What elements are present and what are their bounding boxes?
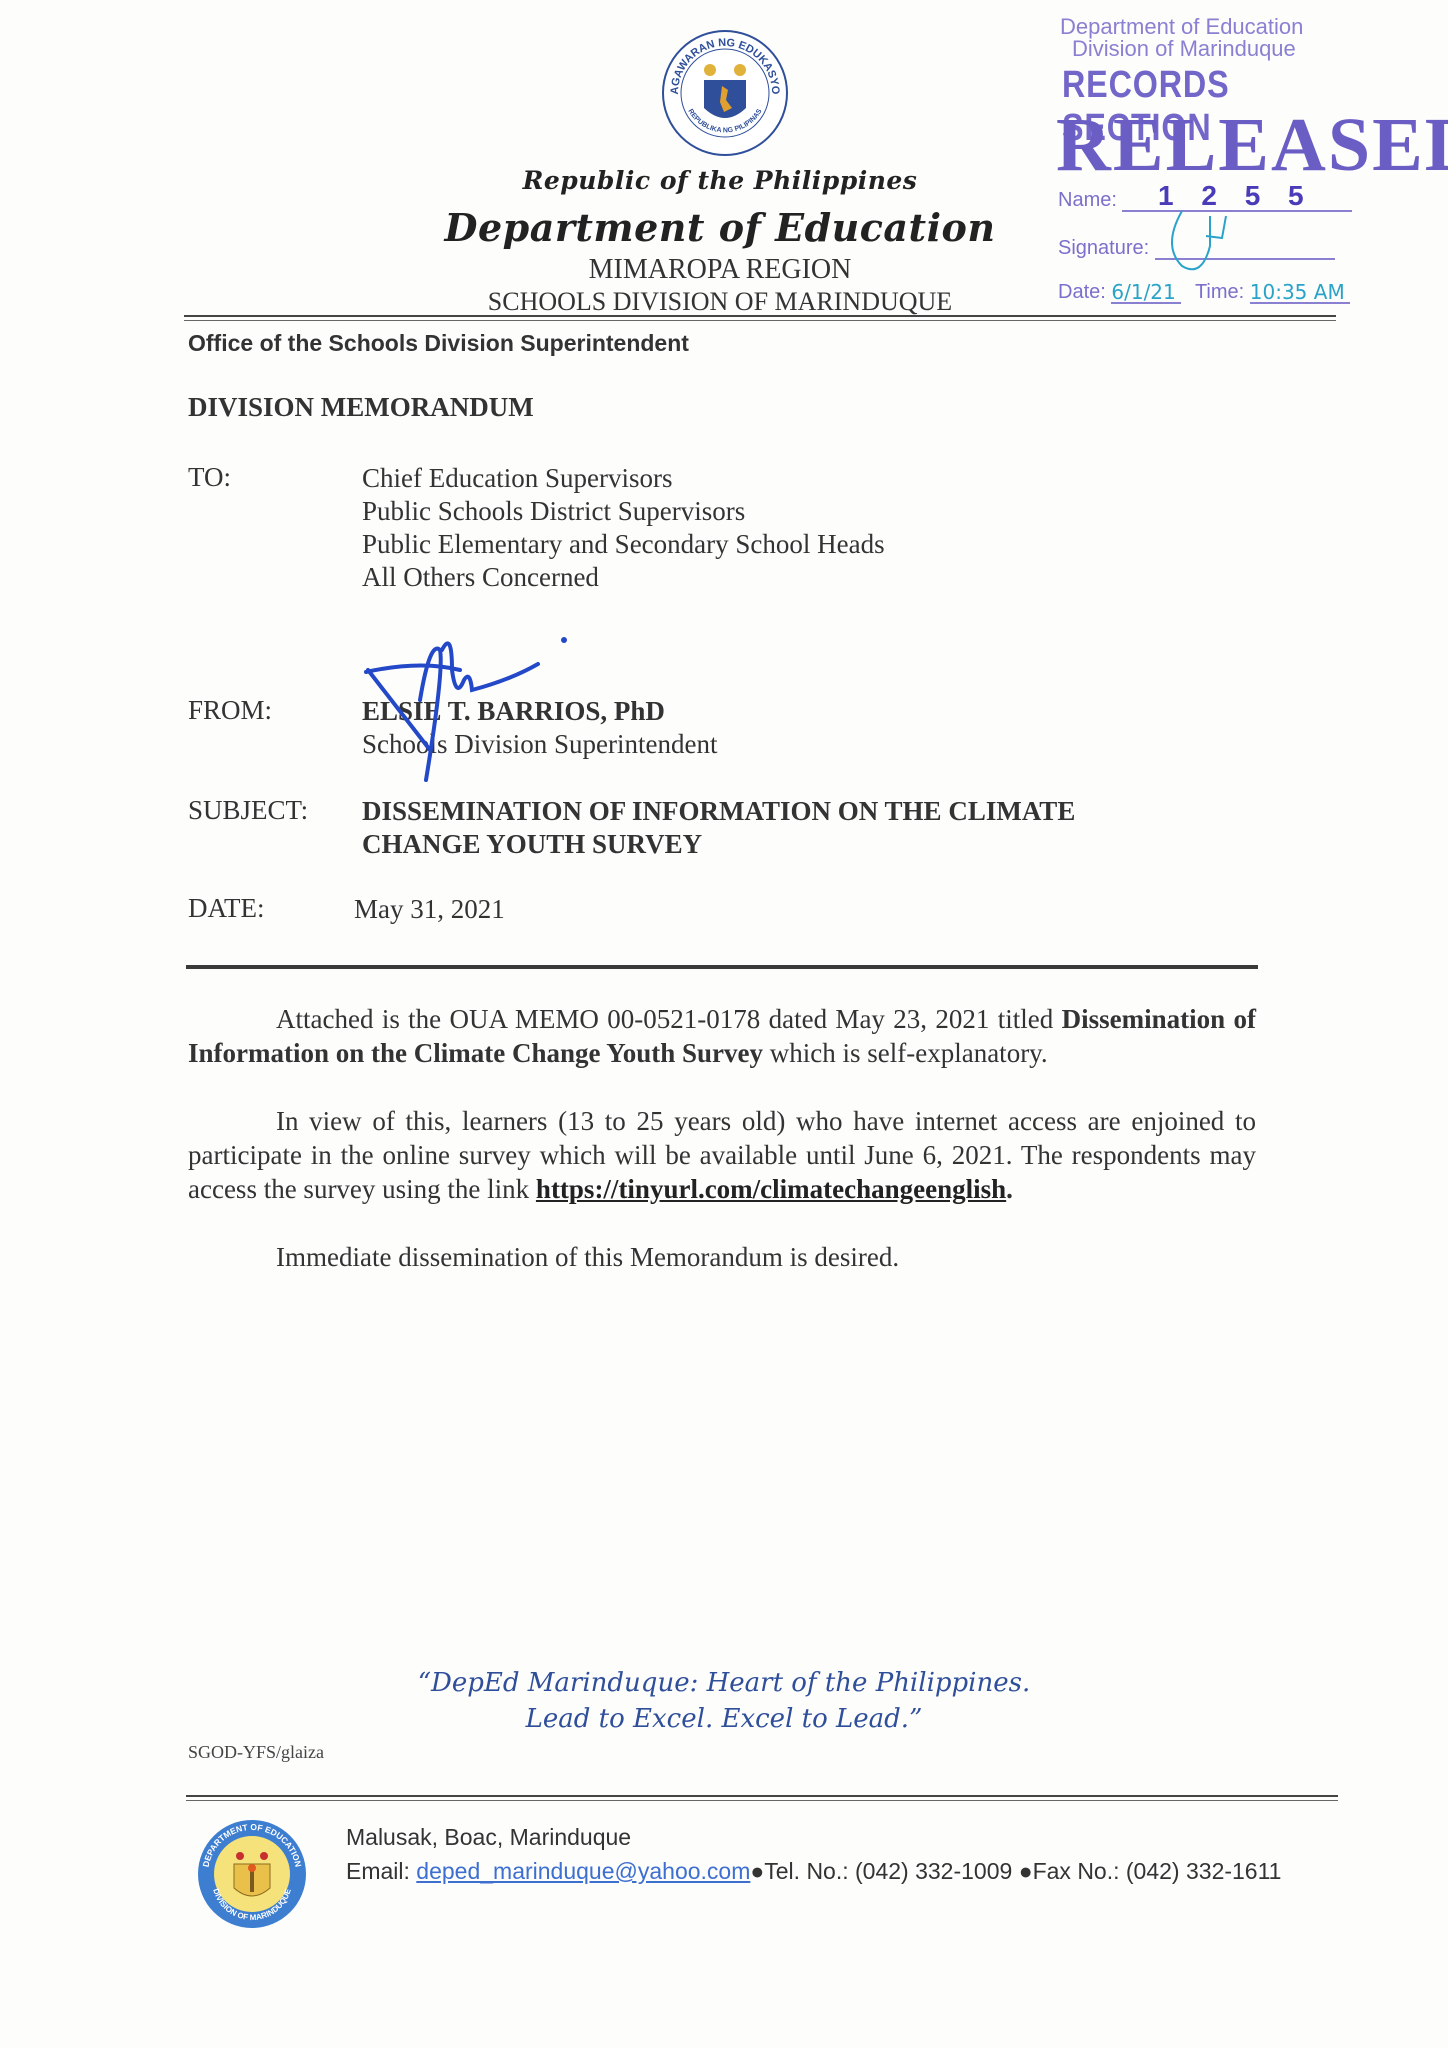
division-logo-icon: DEPARTMENT OF EDUCATION DIVISION OF MARI… bbox=[196, 1818, 308, 1930]
records-released-stamp: Department of Education Division of Mari… bbox=[1050, 10, 1370, 320]
deped-seal-icon: KAGAWARAN NG EDUKASYON REPUBLIKA NG PILI… bbox=[660, 28, 790, 158]
stamp-time-value: 10:35 AM bbox=[1250, 280, 1350, 304]
date-label: DATE: bbox=[188, 893, 265, 924]
body-paragraph-2: In view of this, learners (13 to 25 year… bbox=[188, 1104, 1256, 1206]
memo-title: DIVISION MEMORANDUM bbox=[188, 392, 534, 423]
from-label: FROM: bbox=[188, 695, 272, 726]
recipients-list: Chief Education Supervisors Public Schoo… bbox=[362, 462, 885, 594]
footer-address: Malusak, Boac, Marinduque bbox=[346, 1824, 631, 1851]
email-link[interactable]: deped_marinduque@yahoo.com bbox=[416, 1858, 750, 1884]
signature-icon bbox=[360, 630, 580, 790]
recipient: Chief Education Supervisors bbox=[362, 462, 885, 495]
recipient: All Others Concerned bbox=[362, 561, 885, 594]
department-heading: Department of Education bbox=[440, 205, 1000, 250]
recipient: Public Elementary and Secondary School H… bbox=[362, 528, 885, 561]
to-label: TO: bbox=[188, 462, 231, 493]
footer-divider bbox=[186, 1795, 1338, 1801]
fax: ●Fax No.: (042) 332-1611 bbox=[1019, 1858, 1282, 1884]
body-paragraph-1: Attached is the OUA MEMO 00-0521-0178 da… bbox=[188, 1002, 1256, 1070]
republic-heading: Republic of the Philippines bbox=[480, 166, 960, 195]
body-paragraph-3: Immediate dissemination of this Memorand… bbox=[188, 1240, 1256, 1274]
telephone: ●Tel. No.: (042) 332-1009 bbox=[750, 1858, 1018, 1884]
stamp-date-value: 6/1/21 bbox=[1111, 280, 1181, 304]
reference-initials: SGOD-YFS/glaiza bbox=[188, 1742, 324, 1763]
recipient: Public Schools District Supervisors bbox=[362, 495, 885, 528]
stamp-date-row: Date: 6/1/21 Time: 10:35 AM bbox=[1058, 280, 1350, 304]
memo-body: Attached is the OUA MEMO 00-0521-0178 da… bbox=[188, 1002, 1256, 1308]
office-name: Office of the Schools Division Superinte… bbox=[188, 330, 689, 357]
division-heading: SCHOOLS DIVISION OF MARINDUQUE bbox=[470, 287, 970, 317]
motto: “DepEd Marinduque: Heart of the Philippi… bbox=[300, 1665, 1148, 1737]
stamp-division: Division of Marinduque bbox=[1072, 36, 1296, 62]
subject-label: SUBJECT: bbox=[188, 795, 308, 826]
footer-contact: Email: deped_marinduque@yahoo.com●Tel. N… bbox=[346, 1858, 1281, 1885]
region-heading: MIMAROPA REGION bbox=[480, 254, 960, 286]
stamp-status: RELEASED bbox=[1056, 102, 1448, 189]
stamp-initials-icon bbox=[1162, 206, 1242, 286]
body-divider bbox=[186, 965, 1258, 969]
memo-date: May 31, 2021 bbox=[354, 893, 505, 926]
subject-text: DISSEMINATION OF INFORMATION ON THE CLIM… bbox=[362, 795, 1162, 861]
survey-link[interactable]: https://tinyurl.com/climatechangeenglish bbox=[536, 1174, 1006, 1204]
